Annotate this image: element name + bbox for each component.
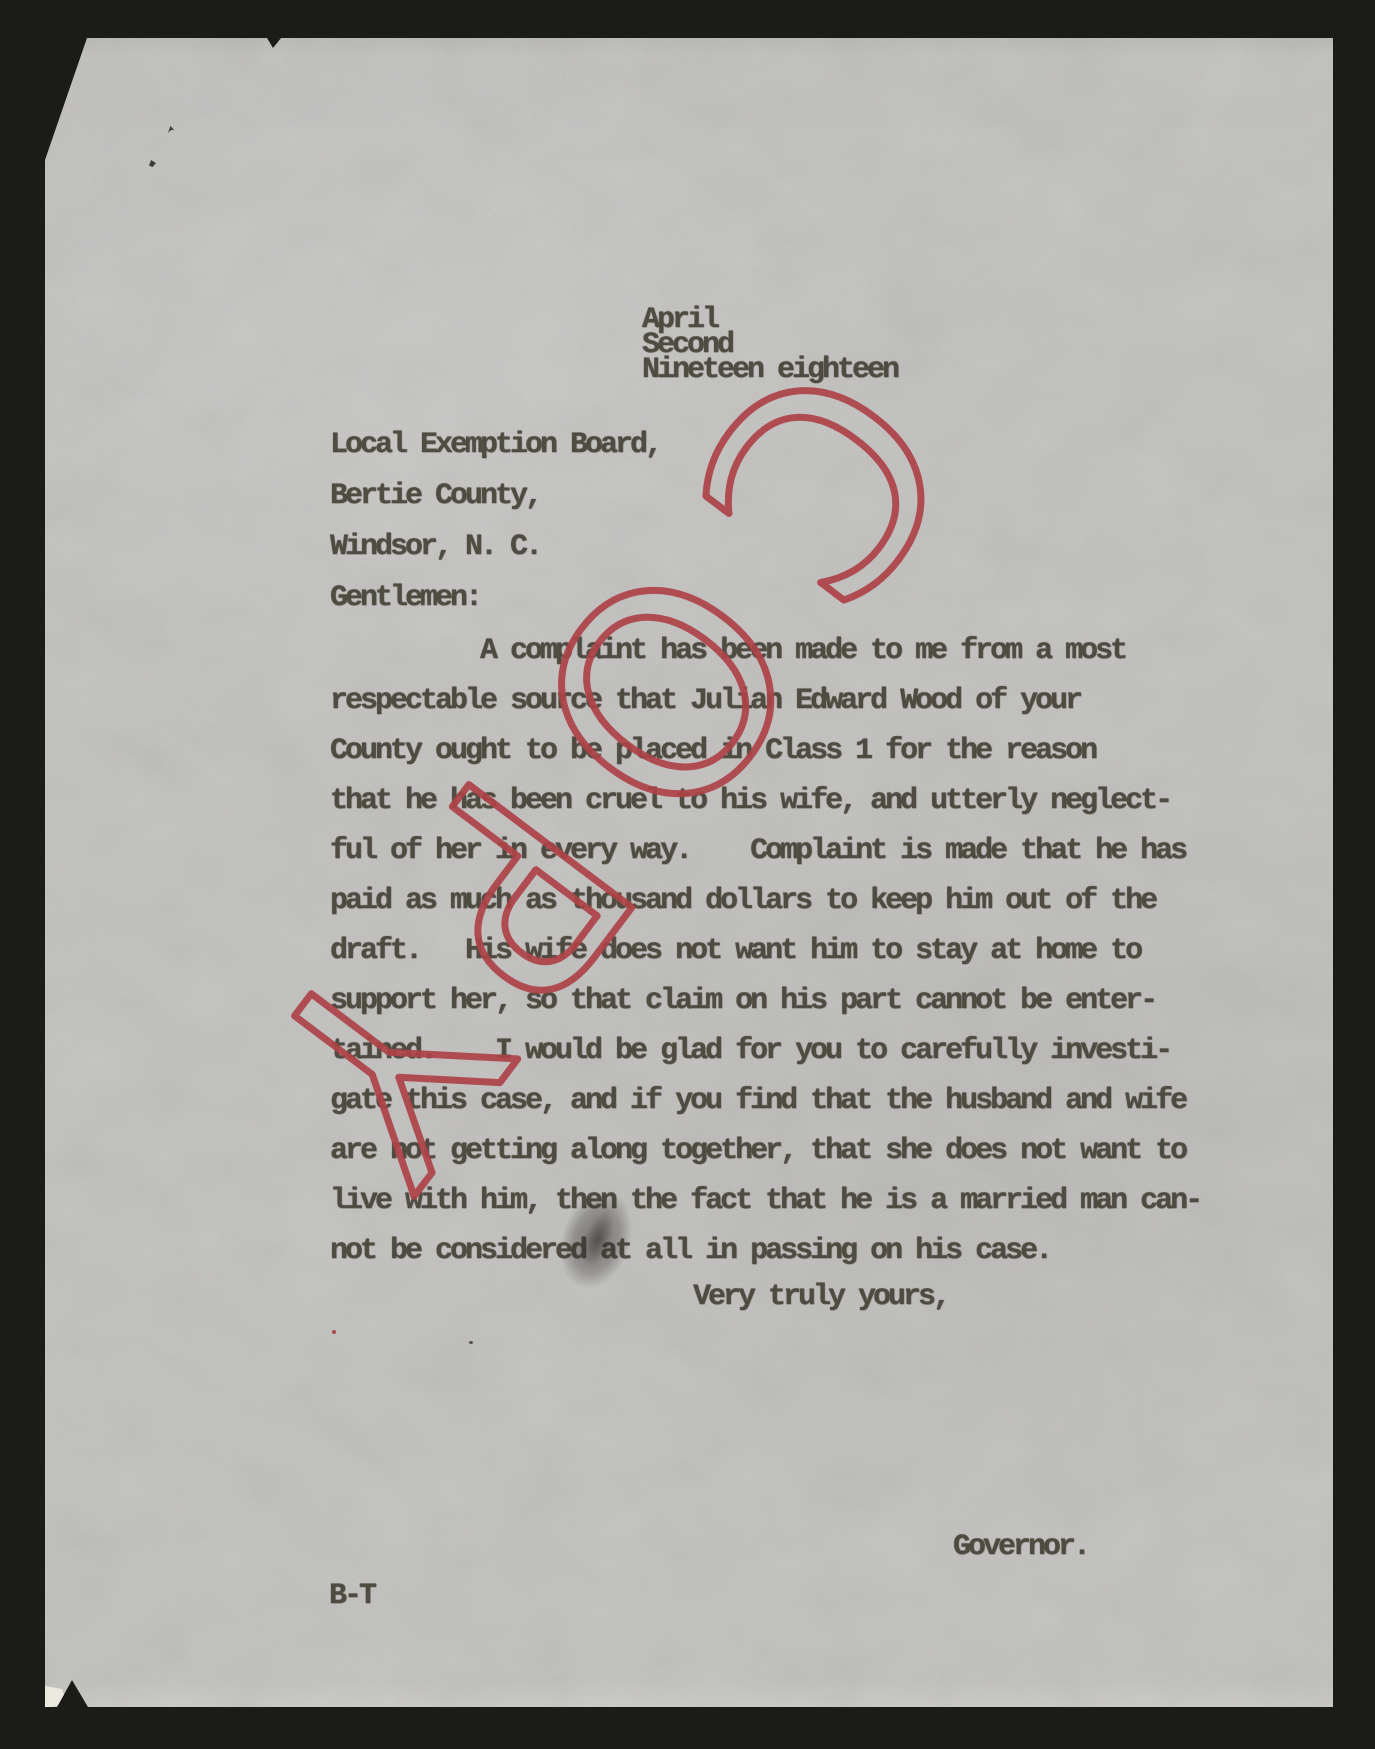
copy-stamp-text: COPY [165,302,1009,1273]
scanned-letter: AprilSecondNineteen eighteen Local Exemp… [0,0,1375,1749]
copy-stamp: COPY [0,0,1375,1749]
